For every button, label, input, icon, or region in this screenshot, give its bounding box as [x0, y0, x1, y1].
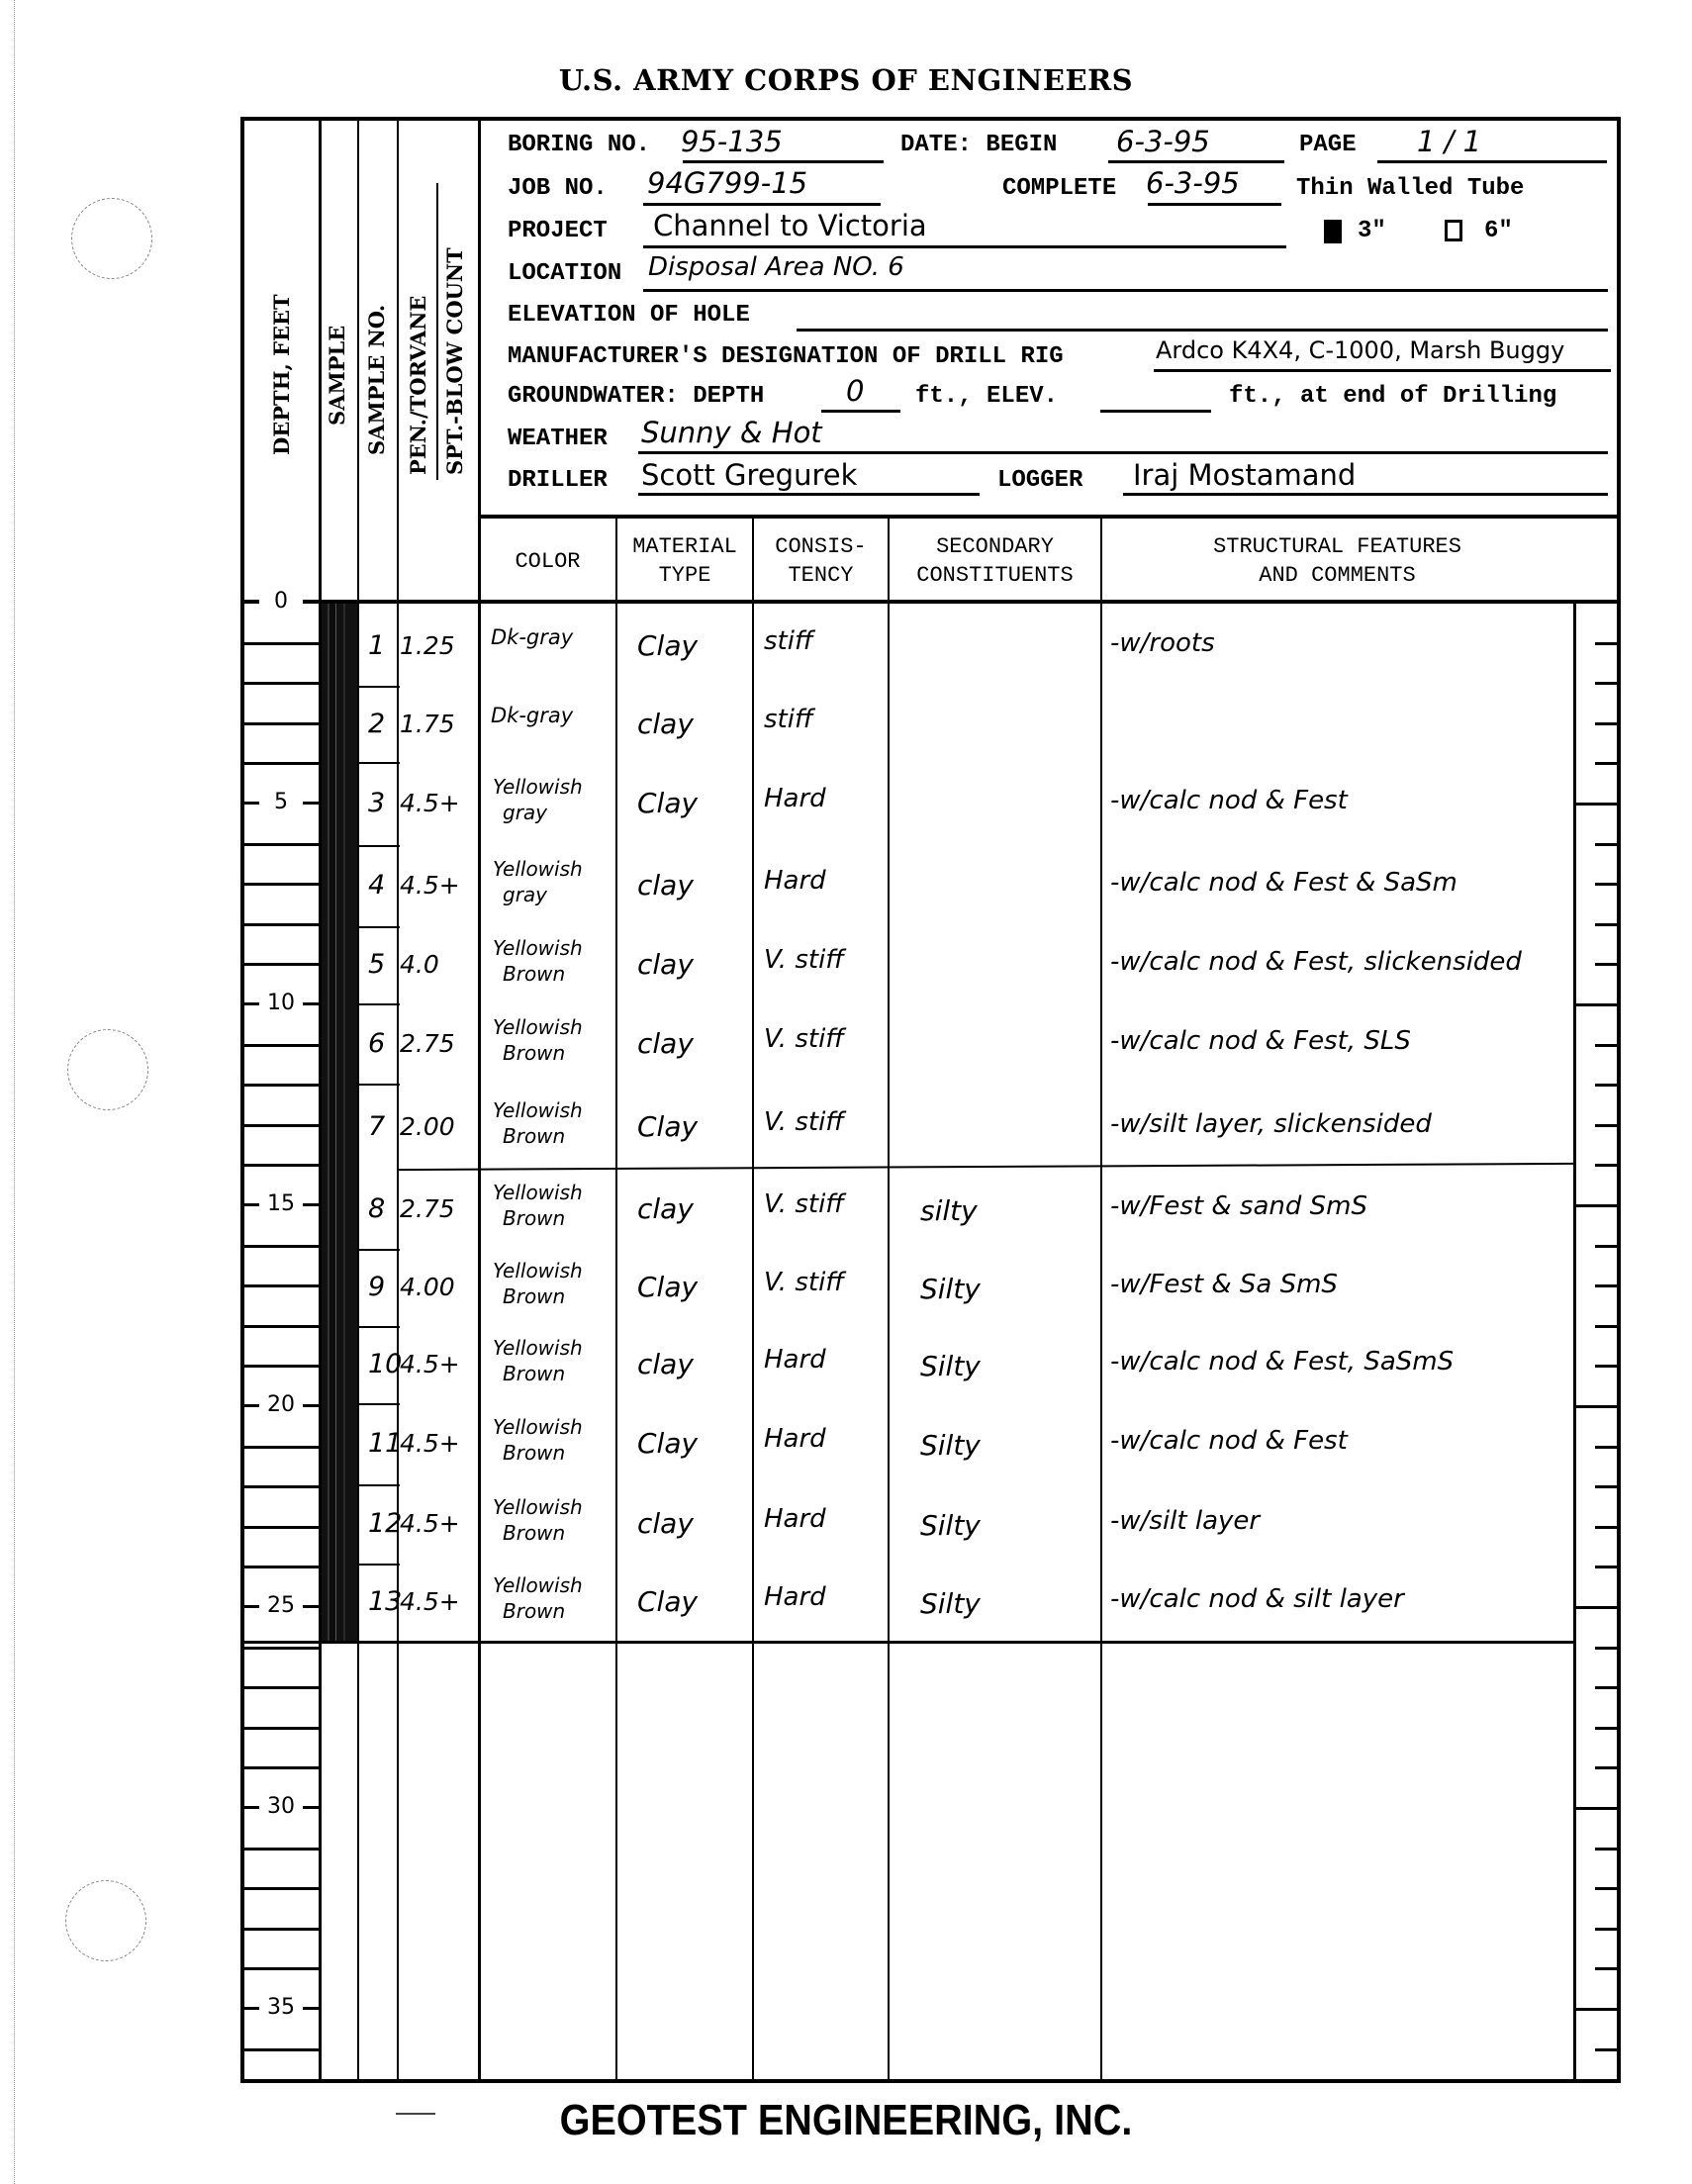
minor-depth-tick	[240, 963, 320, 966]
job-no-label: JOB NO.	[508, 175, 608, 202]
consistency: V. stiff	[764, 1270, 844, 1296]
right-minor-tick	[1595, 1566, 1621, 1568]
right-major-tick	[1573, 1606, 1621, 1609]
minor-depth-tick	[240, 883, 320, 886]
header-line-1: BORING NO.	[508, 132, 650, 158]
minor-depth-tick	[240, 1485, 320, 1488]
right-minor-tick	[1595, 843, 1621, 846]
minor-depth-tick	[240, 1727, 320, 1730]
soil-color: Dk-gray	[491, 624, 573, 651]
sample-number: 9	[368, 1274, 385, 1300]
right-minor-tick	[1595, 682, 1621, 685]
right-minor-tick	[1595, 1526, 1621, 1529]
material-type: clay	[637, 1195, 694, 1222]
groundwater-elev-underline	[1100, 410, 1211, 413]
sample-number: 11	[368, 1430, 402, 1457]
minor-depth-tick	[240, 1566, 320, 1568]
pen-torvane-value: 2.00	[400, 1113, 455, 1140]
soil-color: Yellowish	[493, 856, 583, 883]
minor-depth-tick	[240, 1084, 320, 1087]
consistency: V. stiff	[764, 1109, 844, 1136]
header-depth-feet: DEPTH, FEET	[269, 294, 294, 455]
minor-depth-tick	[240, 1766, 320, 1769]
sample-number: 1	[368, 632, 385, 659]
boring-no-label: BORING NO.	[508, 132, 650, 158]
pen-torvane-value: 1.25	[400, 632, 455, 659]
structural-comment: -w/calc nod & Fest, SaSmS	[1110, 1349, 1454, 1376]
sample-number: 7	[368, 1113, 385, 1140]
right-minor-tick	[1595, 1044, 1621, 1047]
soil-color-line2: gray	[503, 882, 547, 908]
right-major-tick	[1573, 1204, 1621, 1207]
location-underline	[643, 289, 1608, 292]
header-sample: SAMPLE	[325, 326, 349, 426]
consistency: Hard	[764, 786, 826, 812]
sample-number: 12	[368, 1510, 402, 1537]
right-minor-tick	[1595, 1446, 1621, 1449]
tube-3in-label: 3"	[1358, 218, 1386, 244]
right-minor-tick	[1595, 1887, 1621, 1890]
minor-depth-tick	[240, 1164, 320, 1167]
consistency: V. stiff	[764, 947, 844, 974]
complete-label: COMPLETE	[1002, 175, 1116, 202]
soil-color: Yellowish	[493, 1097, 583, 1124]
weather-value[interactable]: Sunny & Hot	[641, 416, 822, 449]
soil-color-line2: Brown	[503, 1440, 565, 1467]
minor-depth-tick	[240, 1325, 320, 1328]
secondary-constituents: Silty	[920, 1353, 981, 1379]
depth-tick-label: 35	[259, 1996, 303, 2020]
sample-number: 4	[368, 872, 385, 899]
logger-underline	[1123, 493, 1608, 496]
right-minor-tick	[1595, 1124, 1621, 1127]
minor-depth-tick	[240, 1365, 320, 1368]
consistency: Hard	[764, 1506, 826, 1533]
consistency: V. stiff	[764, 1191, 844, 1218]
tube-3in-checkbox[interactable]	[1324, 220, 1342, 243]
ft-elev-label: ft., ELEV.	[915, 383, 1058, 410]
structural-comment: -w/roots	[1110, 630, 1215, 657]
right-minor-tick	[1595, 1164, 1621, 1167]
punch-hole-middle	[67, 1029, 148, 1110]
right-minor-tick	[1595, 1848, 1621, 1851]
minor-depth-tick	[240, 682, 320, 685]
scan-mark	[396, 2113, 435, 2115]
header-sample-no: SAMPLE NO.	[364, 305, 389, 455]
date-label: DATE: BEGIN	[900, 132, 1057, 158]
location-value[interactable]: Disposal Area NO. 6	[648, 252, 904, 282]
sample-number: 10	[368, 1351, 402, 1377]
groundwater-depth-value[interactable]: 0	[846, 374, 864, 408]
sample-number: 8	[368, 1195, 385, 1222]
material-type: clay	[637, 872, 694, 899]
depth-tick-label: 5	[259, 791, 303, 814]
structural-comment: -w/silt layer, slickensided	[1110, 1111, 1432, 1138]
minor-depth-tick	[240, 843, 320, 846]
consistency: Hard	[764, 868, 826, 895]
header-pen-torvane: PEN./TORVANE	[406, 296, 430, 475]
right-minor-tick	[1595, 1766, 1621, 1769]
structural-comment: -w/silt layer	[1110, 1508, 1260, 1535]
location-label: LOCATION	[508, 260, 621, 287]
header-spt-blow-count: SPT.-BLOW COUNT	[442, 247, 467, 475]
soil-color-line2: Brown	[503, 1205, 565, 1232]
minor-depth-tick	[240, 1967, 320, 1970]
minor-depth-tick	[240, 1124, 320, 1127]
pen-torvane-value: 4.5+	[400, 1510, 460, 1537]
right-minor-tick	[1595, 1647, 1621, 1650]
pen-spt-divider	[436, 183, 438, 480]
elevation-underline	[797, 329, 1608, 332]
project-label: PROJECT	[508, 218, 608, 244]
drill-rig-value[interactable]: Ardco K4X4, C-1000, Marsh Buggy	[1156, 336, 1564, 364]
driller-label: DRILLER	[508, 467, 608, 494]
tube-6in-checkbox[interactable]	[1445, 220, 1462, 241]
structural-comment: -w/Fest & sand SmS	[1110, 1193, 1367, 1220]
material-type: clay	[637, 1030, 694, 1057]
right-major-tick	[1573, 803, 1621, 806]
minor-depth-tick	[240, 1284, 320, 1287]
material-type: Clay	[637, 632, 698, 659]
minor-depth-tick	[240, 1446, 320, 1449]
complete-date-value[interactable]: 6-3-95	[1146, 166, 1240, 200]
right-major-tick	[1573, 2008, 1621, 2011]
weather-underline	[638, 451, 1608, 454]
soil-color: Yellowish	[493, 774, 583, 801]
minor-depth-tick	[240, 923, 320, 926]
boring-no-value[interactable]: 95-135	[681, 125, 783, 158]
secondary-constituents: Silty	[920, 1512, 981, 1539]
samples-bottom-border	[240, 1641, 1573, 1644]
structural-comment: -w/calc nod & silt layer	[1110, 1586, 1404, 1613]
soil-color-line2: Brown	[503, 961, 565, 988]
job-no-underline	[643, 203, 881, 206]
groundwater-depth-underline	[821, 410, 900, 413]
project-underline	[643, 245, 1286, 248]
minor-depth-tick	[240, 1848, 320, 1851]
weather-label: WEATHER	[508, 426, 608, 452]
groundwater-label: GROUNDWATER: DEPTH	[508, 383, 764, 410]
right-major-tick	[1573, 1405, 1621, 1408]
begin-date-underline	[1108, 160, 1284, 163]
material-type: clay	[637, 951, 694, 978]
soil-color-line2: gray	[503, 800, 547, 826]
pen-torvane-value: 2.75	[400, 1195, 455, 1222]
soil-color: Yellowish	[493, 1014, 583, 1041]
right-minor-tick	[1595, 722, 1621, 725]
punch-hole-bottom	[65, 1880, 146, 1961]
page-value: 1 / 1	[1417, 125, 1481, 158]
material-type: Clay	[637, 1588, 698, 1615]
soil-color: Yellowish	[493, 1572, 583, 1599]
right-minor-tick	[1595, 1084, 1621, 1087]
secondary-constituents: Silty	[920, 1590, 981, 1617]
right-minor-tick	[1595, 2048, 1621, 2051]
right-minor-tick	[1595, 1365, 1621, 1368]
soil-color-line2: Brown	[503, 1283, 565, 1310]
structural-comment: -w/calc nod & Fest, SLS	[1110, 1028, 1411, 1055]
right-minor-tick	[1595, 1928, 1621, 1931]
drill-rig-underline	[1154, 369, 1611, 372]
consistency: Hard	[764, 1426, 826, 1453]
minor-depth-tick	[240, 722, 320, 725]
structural-comment: -w/calc nod & Fest & SaSm	[1110, 870, 1457, 897]
soil-color-line2: Brown	[503, 1361, 565, 1387]
driller-underline	[638, 493, 980, 496]
consistency: V. stiff	[764, 1026, 844, 1053]
end-of-drilling-label: ft., at end of Drilling	[1229, 383, 1556, 410]
minor-depth-tick	[240, 1245, 320, 1248]
soil-color: Yellowish	[493, 1258, 583, 1284]
minor-depth-tick	[240, 642, 320, 645]
right-minor-tick	[1595, 923, 1621, 926]
soil-color: Yellowish	[493, 935, 583, 962]
tube-6in-label: 6"	[1484, 218, 1513, 244]
structural-comment: -w/calc nod & Fest	[1110, 788, 1348, 814]
consistency: stiff	[764, 707, 813, 733]
right-minor-tick	[1595, 1245, 1621, 1248]
pen-torvane-value: 4.5+	[400, 1430, 460, 1457]
material-type: clay	[637, 1351, 694, 1377]
material-type: Clay	[637, 1113, 698, 1140]
secondary-constituents: silty	[920, 1197, 978, 1224]
structural-comment: -w/calc nod & Fest	[1110, 1428, 1348, 1455]
minor-depth-tick	[240, 1526, 320, 1529]
minor-depth-tick	[240, 1887, 320, 1890]
pen-torvane-value: 4.5+	[400, 872, 460, 899]
column-header-structural-features: STRUCTURAL FEATURESAND COMMENTS	[1102, 522, 1572, 600]
project-value[interactable]: Channel to Victoria	[653, 209, 927, 242]
complete-date-underline	[1148, 203, 1281, 206]
right-minor-tick	[1595, 1686, 1621, 1689]
pen-torvane-value: 1.75	[400, 711, 455, 737]
right-minor-tick	[1595, 1485, 1621, 1488]
consistency: stiff	[764, 628, 813, 655]
header-bottom-border	[478, 515, 1621, 519]
depth-tick-label: 20	[259, 1393, 303, 1417]
material-type: Clay	[637, 790, 698, 816]
soil-color: Dk-gray	[491, 703, 573, 729]
soil-color: Yellowish	[493, 1335, 583, 1362]
right-minor-tick	[1595, 1727, 1621, 1730]
material-type: Clay	[637, 1430, 698, 1457]
page-edge-line	[14, 0, 16, 2184]
minor-depth-tick	[240, 1686, 320, 1689]
pen-torvane-value: 4.5+	[400, 1351, 460, 1377]
driller-value[interactable]: Scott Gregurek	[641, 458, 857, 492]
agency-title: U.S. ARMY CORPS OF ENGINEERS	[0, 63, 1692, 97]
logger-label: LOGGER	[997, 467, 1082, 494]
elevation-label: ELEVATION OF HOLE	[508, 302, 750, 329]
soil-color-line2: Brown	[503, 1598, 565, 1625]
minor-depth-tick	[240, 1928, 320, 1931]
right-minor-tick	[1595, 1284, 1621, 1287]
right-major-tick	[1573, 1807, 1621, 1810]
depth-tick-label: 15	[259, 1192, 303, 1216]
material-type: clay	[637, 711, 694, 737]
right-major-tick	[1573, 1003, 1621, 1006]
soil-color-line2: Brown	[503, 1123, 565, 1150]
depth-tick-label: 0	[259, 590, 303, 614]
column-header-bottom-border	[240, 600, 1621, 604]
right-minor-tick	[1595, 642, 1621, 645]
minor-depth-tick	[240, 1647, 320, 1650]
consistency: Hard	[764, 1347, 826, 1374]
soil-color: Yellowish	[493, 1180, 583, 1206]
structural-comment: -w/calc nod & Fest, slickensided	[1110, 949, 1522, 976]
right-minor-tick	[1595, 762, 1621, 765]
job-no-value[interactable]: 94G799-15	[647, 166, 807, 200]
structural-comment: -w/Fest & Sa SmS	[1110, 1272, 1338, 1298]
sample-number: 13	[368, 1588, 402, 1615]
right-minor-tick	[1595, 1967, 1621, 1970]
soil-color: Yellowish	[493, 1414, 583, 1441]
column-header-secondary-constituents: SECONDARYCONSTITUENTS	[890, 522, 1100, 600]
drill-rig-label: MANUFACTURER'S DESIGNATION OF DRILL RIG	[508, 343, 1064, 370]
secondary-constituents: Silty	[920, 1276, 981, 1302]
punch-hole-top	[71, 198, 152, 279]
thin-walled-tube-label: Thin Walled Tube	[1296, 175, 1524, 202]
pen-torvane-value: 2.75	[400, 1030, 455, 1057]
pen-torvane-value: 4.5+	[400, 790, 460, 816]
pen-torvane-value: 4.0	[400, 951, 439, 978]
depth-tick-label: 10	[259, 992, 303, 1015]
company-footer: GEOTEST ENGINEERING, INC.	[85, 2096, 1608, 2145]
sample-number: 3	[368, 790, 385, 816]
depth-tick-label: 25	[259, 1594, 303, 1618]
right-minor-tick	[1595, 1325, 1621, 1328]
column-header-consistency: CONSIS-TENCY	[754, 522, 888, 600]
column-header-material-type: MATERIALTYPE	[617, 522, 752, 600]
minor-depth-tick	[240, 762, 320, 765]
page-underline	[1377, 160, 1607, 163]
logger-value[interactable]: Iraj Mostamand	[1133, 458, 1356, 492]
right-minor-tick	[1595, 963, 1621, 966]
minor-depth-tick	[240, 1044, 320, 1047]
pen-torvane-value: 4.5+	[400, 1588, 460, 1615]
soil-color-line2: Brown	[503, 1520, 565, 1547]
minor-depth-tick	[240, 2048, 320, 2051]
sample-number: 5	[368, 951, 385, 978]
page-label: PAGE	[1299, 132, 1357, 158]
soil-color-line2: Brown	[503, 1040, 565, 1067]
material-type: Clay	[637, 1274, 698, 1300]
pen-torvane-value: 4.00	[400, 1274, 455, 1300]
soil-color: Yellowish	[493, 1494, 583, 1521]
sample-core-bar	[322, 604, 357, 1643]
right-minor-tick	[1595, 883, 1621, 886]
begin-date-value[interactable]: 6-3-95	[1116, 125, 1210, 158]
material-type: clay	[637, 1510, 694, 1537]
sample-number: 6	[368, 1030, 385, 1057]
divider-comments-scale	[1573, 602, 1576, 2083]
depth-tick-label: 30	[259, 1795, 303, 1819]
sample-number: 2	[368, 711, 385, 737]
consistency: Hard	[764, 1584, 826, 1611]
boring-no-underline	[683, 160, 884, 163]
column-header-color: COLOR	[480, 522, 615, 600]
secondary-constituents: Silty	[920, 1432, 981, 1459]
